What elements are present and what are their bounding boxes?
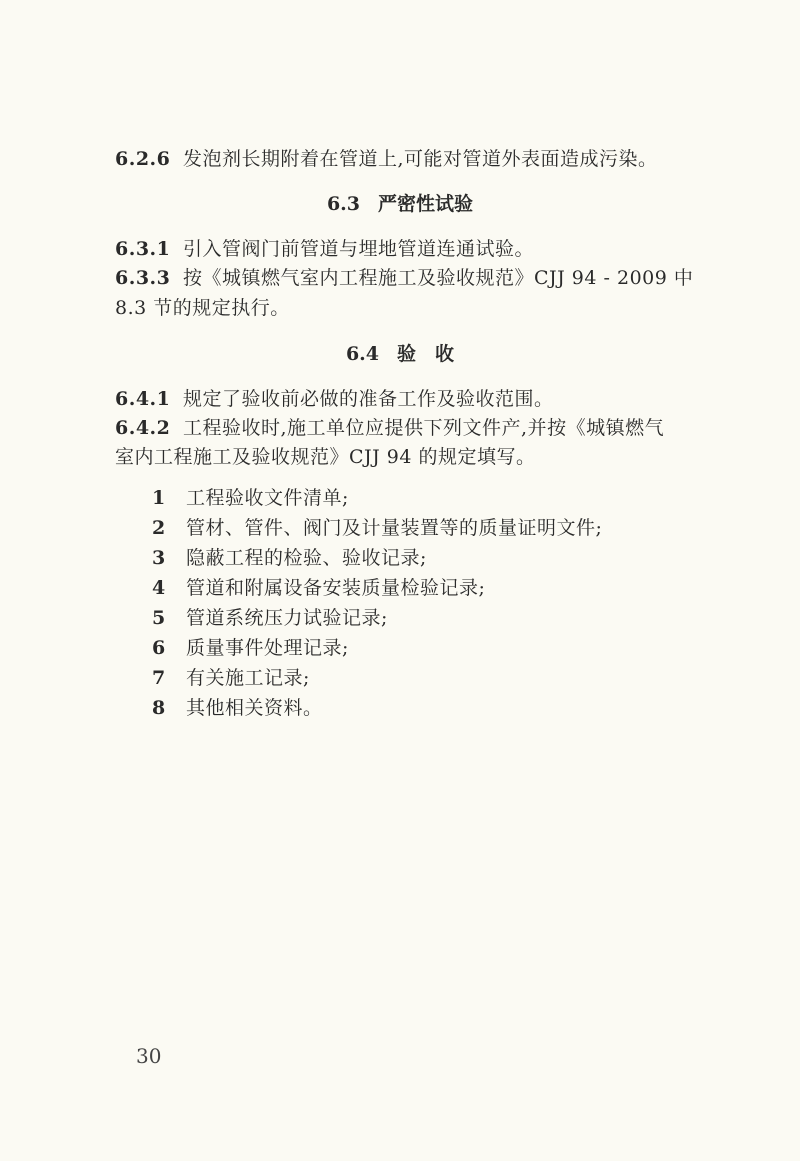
clause-text-continued: 室内工程施工及验收规范》CJJ 94 的规定填写。 <box>115 446 536 468</box>
clause-text: 引入管阀门前管道与埋地管道连通试验。 <box>183 238 534 260</box>
item-text: 隐蔽工程的检验、验收记录; <box>186 547 427 569</box>
clause-number: 6.4.2 <box>115 415 183 441</box>
clause-number: 6.4.1 <box>115 386 183 412</box>
section-heading-6-3: 6.3严密性试验 <box>0 191 800 217</box>
list-item: 7有关施工记录; <box>152 665 310 691</box>
section-number: 6.3 <box>327 193 360 215</box>
item-number: 2 <box>152 515 186 541</box>
page-number: 30 <box>136 1044 161 1068</box>
list-item: 4管道和附属设备安装质量检验记录; <box>152 575 485 601</box>
clause-text: 工程验收时,施工单位应提供下列文件产,并按《城镇燃气 <box>183 417 664 439</box>
item-text: 有关施工记录; <box>186 667 310 689</box>
clause-6-2-6: 6.2.6发泡剂长期附着在管道上,可能对管道外表面造成污染。 <box>115 146 658 172</box>
clause-text: 发泡剂长期附着在管道上,可能对管道外表面造成污染。 <box>183 148 658 170</box>
clause-text: 规定了验收前必做的准备工作及验收范围。 <box>183 388 554 410</box>
clause-number: 6.3.1 <box>115 236 183 262</box>
item-number: 7 <box>152 665 186 691</box>
list-item: 8其他相关资料。 <box>152 695 323 721</box>
section-heading-6-4: 6.4验 收 <box>0 341 800 367</box>
item-text: 管材、管件、阀门及计量装置等的质量证明文件; <box>186 517 602 539</box>
item-text: 管道系统压力试验记录; <box>186 607 388 629</box>
list-item: 5管道系统压力试验记录; <box>152 605 388 631</box>
clause-number: 6.2.6 <box>115 146 183 172</box>
item-number: 1 <box>152 485 186 511</box>
clause-text: 按《城镇燃气室内工程施工及验收规范》CJJ 94 - 2009 中 <box>183 267 693 289</box>
item-text: 其他相关资料。 <box>186 697 323 719</box>
item-number: 6 <box>152 635 186 661</box>
document-page: 6.2.6发泡剂长期附着在管道上,可能对管道外表面造成污染。 6.3严密性试验 … <box>0 0 800 1161</box>
item-text: 质量事件处理记录; <box>186 637 349 659</box>
item-number: 8 <box>152 695 186 721</box>
list-item: 6质量事件处理记录; <box>152 635 349 661</box>
item-number: 3 <box>152 545 186 571</box>
clause-number: 6.3.3 <box>115 265 183 291</box>
clause-6-4-2: 6.4.2工程验收时,施工单位应提供下列文件产,并按《城镇燃气 <box>115 415 664 441</box>
item-number: 5 <box>152 605 186 631</box>
item-text: 管道和附属设备安装质量检验记录; <box>186 577 485 599</box>
clause-6-4-1: 6.4.1规定了验收前必做的准备工作及验收范围。 <box>115 386 554 412</box>
item-text: 工程验收文件清单; <box>186 487 349 509</box>
clause-text-continued: 8.3 节的规定执行。 <box>115 297 290 319</box>
item-number: 4 <box>152 575 186 601</box>
clause-6-3-3: 6.3.3按《城镇燃气室内工程施工及验收规范》CJJ 94 - 2009 中 <box>115 265 693 291</box>
clause-6-4-2-continued: 室内工程施工及验收规范》CJJ 94 的规定填写。 <box>115 444 536 470</box>
section-title: 严密性试验 <box>378 193 473 215</box>
list-item: 3隐蔽工程的检验、验收记录; <box>152 545 427 571</box>
section-number: 6.4 <box>346 343 379 365</box>
clause-6-3-3-continued: 8.3 节的规定执行。 <box>115 295 290 321</box>
list-item: 1工程验收文件清单; <box>152 485 349 511</box>
list-item: 2管材、管件、阀门及计量装置等的质量证明文件; <box>152 515 602 541</box>
section-title: 验 收 <box>397 343 454 365</box>
clause-6-3-1: 6.3.1引入管阀门前管道与埋地管道连通试验。 <box>115 236 534 262</box>
